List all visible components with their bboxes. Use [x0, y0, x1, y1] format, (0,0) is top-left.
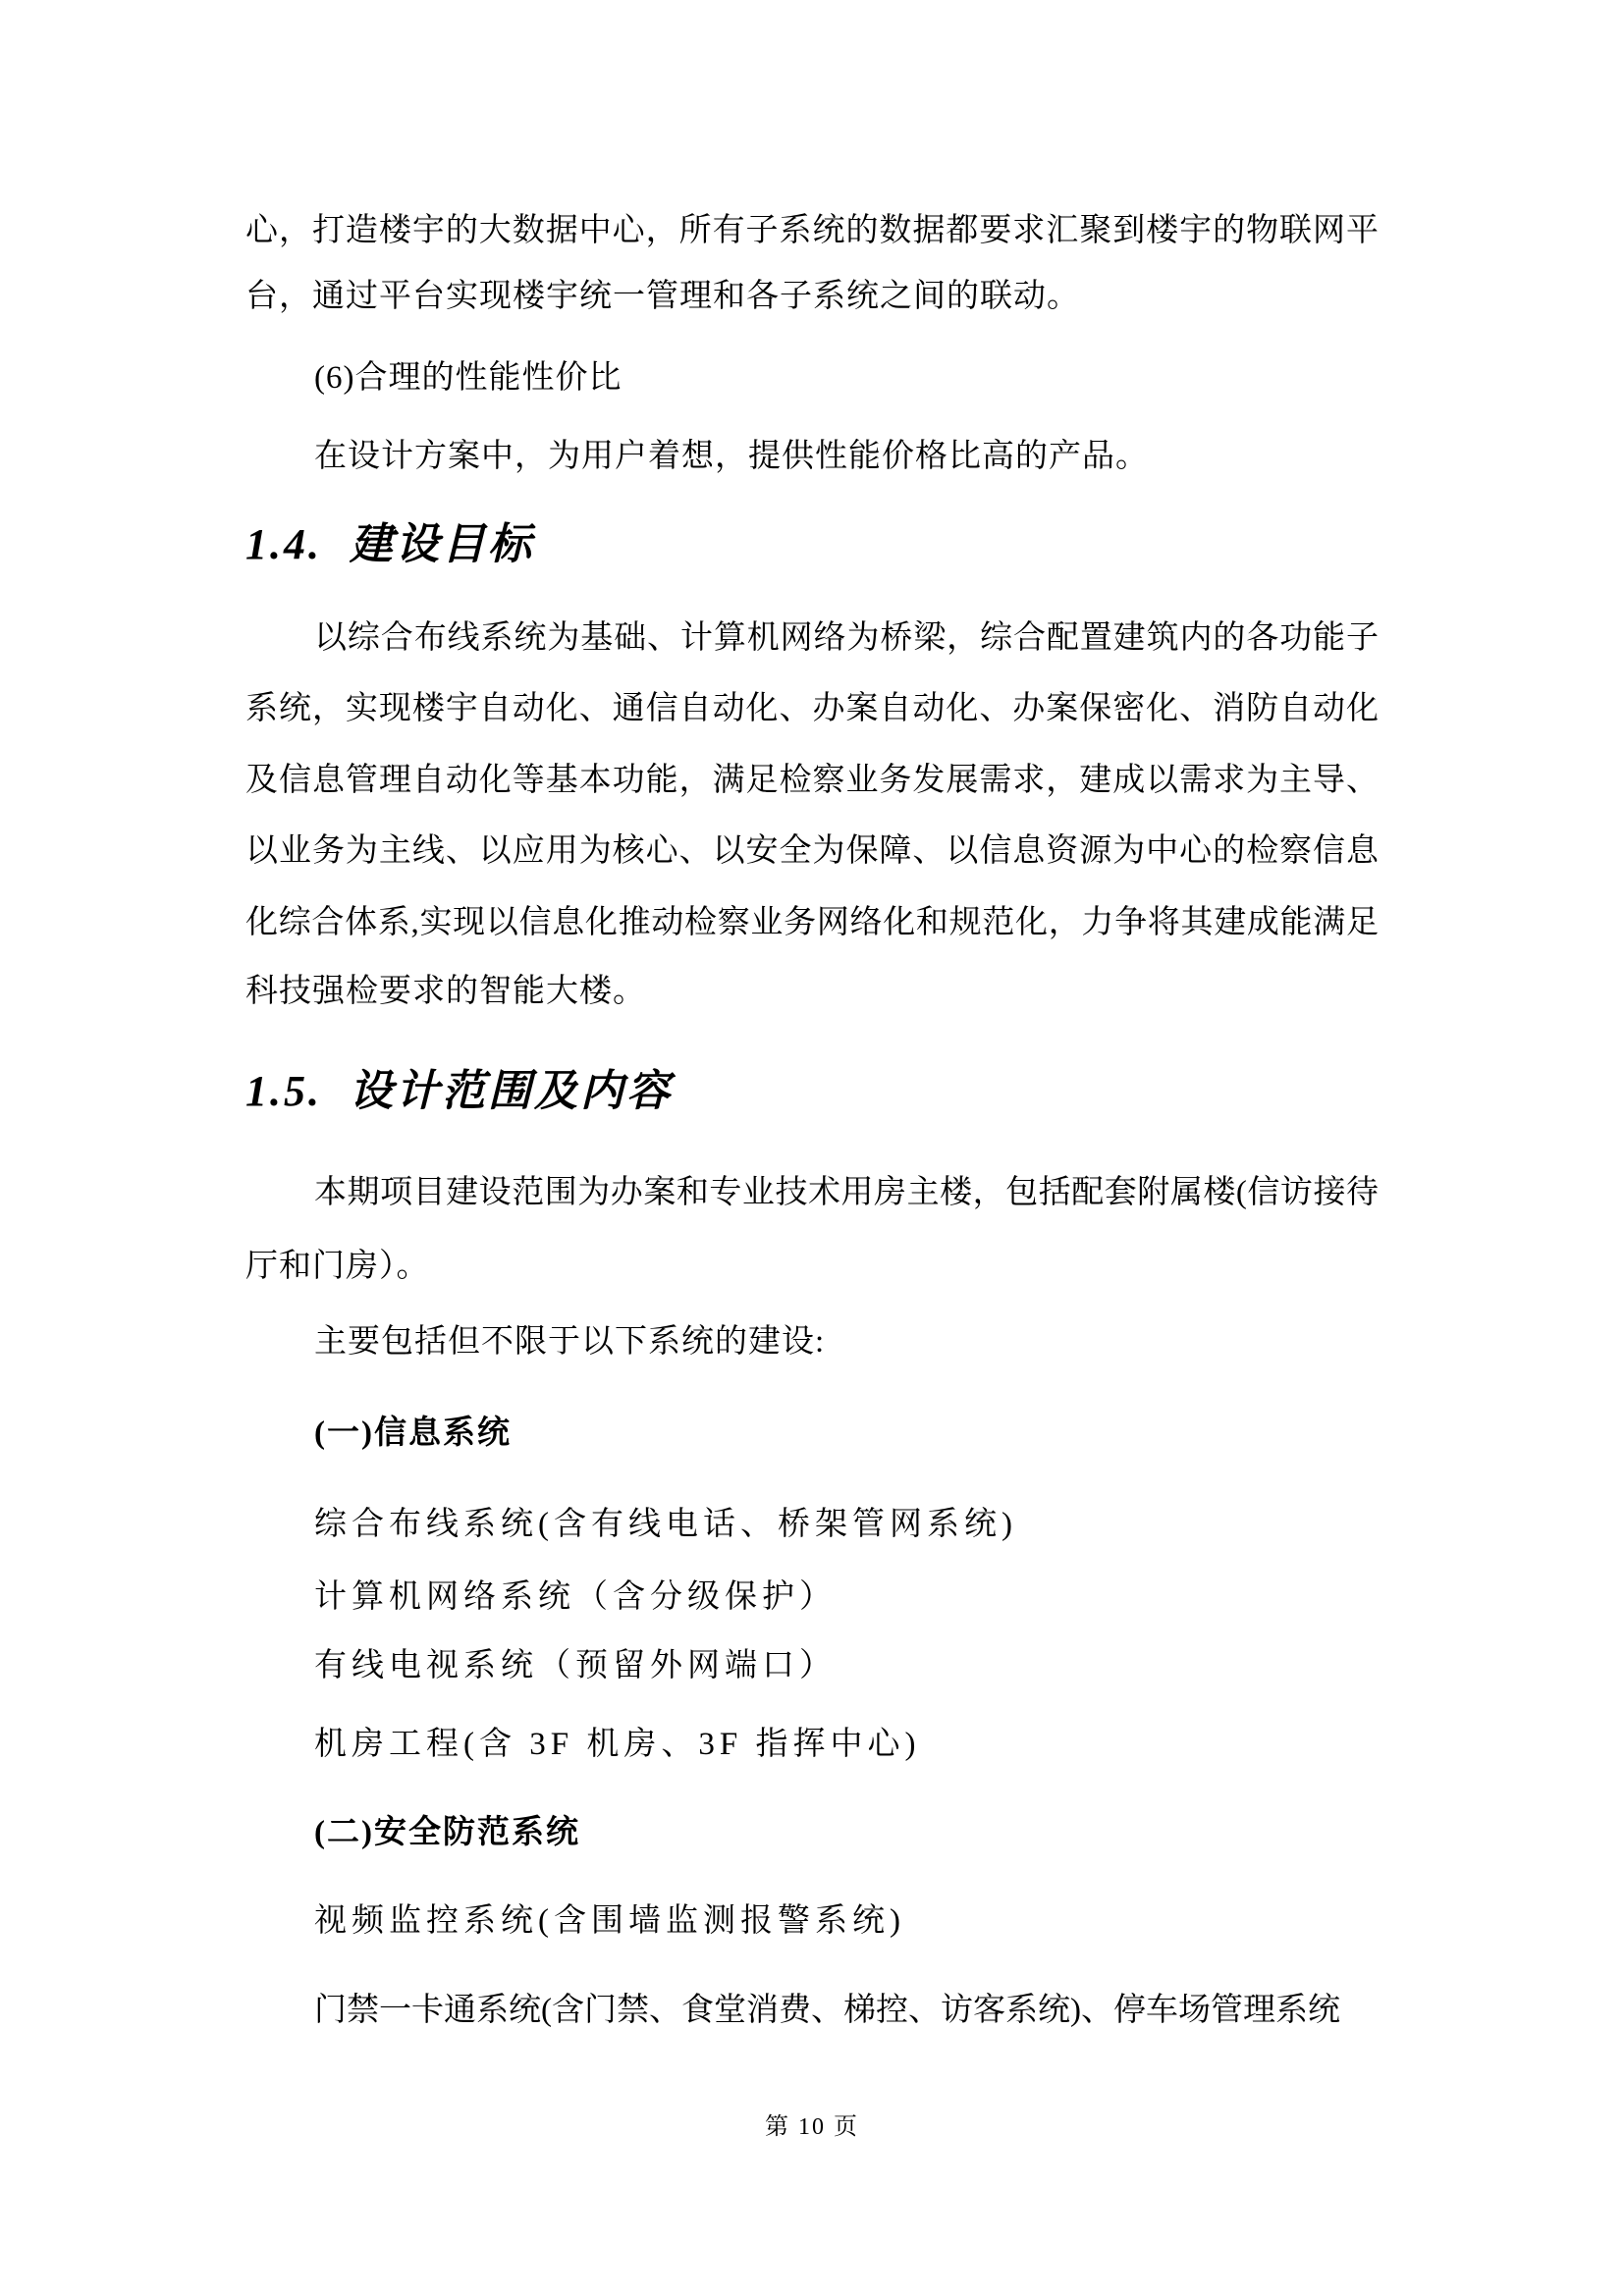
paragraph-line: 台，通过平台实现楼宇统一管理和各子系统之间的联动。 [245, 272, 1379, 321]
section-title: 建设目标 [350, 520, 534, 568]
section-heading-1-4: 1.4.建设目标 [245, 517, 1379, 572]
point6-title: (6)合理的性能性价比 [245, 353, 1379, 402]
list-item: 计算机网络系统（含分级保护） [245, 1573, 1379, 1622]
list-item: 机房工程(含 3F 机房、3F 指挥中心) [245, 1720, 1379, 1769]
section-number: 1.5. [245, 1067, 322, 1115]
group2-title: (二)安全防范系统 [245, 1808, 1379, 1857]
point6-body: 在设计方案中，为用户着想，提供性能价格比高的产品。 [245, 432, 1379, 481]
paragraph-line: 以综合布线系统为基础、计算机网络为桥梁，综合配置建筑内的各功能子 [245, 614, 1379, 663]
paragraph-line: 厅和门房）。 [245, 1242, 1379, 1291]
section-title: 设计范围及内容 [350, 1067, 673, 1115]
section-number: 1.4. [245, 520, 322, 568]
paragraph-line: 本期项目建设范围为办案和专业技术用房主楼，包括配套附属楼(信访接待 [245, 1168, 1379, 1217]
paragraph-line: 心，打造楼宇的大数据中心，所有子系统的数据都要求汇聚到楼宇的物联网平 [245, 206, 1379, 255]
section-heading-1-5: 1.5.设计范围及内容 [245, 1064, 1379, 1119]
paragraph-line: 化综合体系,实现以信息化推动检察业务网络化和规范化，力争将其建成能满足 [245, 898, 1379, 947]
list-item: 综合布线系统(含有线电话、桥架管网系统) [245, 1500, 1379, 1549]
paragraph-line: 科技强检要求的智能大楼。 [245, 967, 1379, 1016]
list-item: 门禁一卡通系统(含门禁、食堂消费、梯控、访客系统)、停车场管理系统 [245, 1986, 1379, 2035]
list-item: 有线电视系统（预留外网端口） [245, 1641, 1379, 1690]
group1-title: (一)信息系统 [245, 1409, 1379, 1458]
scope-intro-line: 主要包括但不限于以下系统的建设: [245, 1317, 1379, 1366]
page-number: 第 10 页 [0, 2112, 1624, 2142]
paragraph-line: 及信息管理自动化等基本功能，满足检察业务发展需求，建成以需求为主导、 [245, 756, 1379, 805]
paragraph-line: 系统，实现楼宇自动化、通信自动化、办案自动化、办案保密化、消防自动化 [245, 684, 1379, 733]
list-item: 视频监控系统(含围墙监测报警系统) [245, 1896, 1379, 1946]
document-page: 心，打造楼宇的大数据中心，所有子系统的数据都要求汇聚到楼宇的物联网平 台，通过平… [0, 0, 1624, 2296]
paragraph-line: 以业务为主线、以应用为核心、以安全为保障、以信息资源为中心的检察信息 [245, 827, 1379, 876]
